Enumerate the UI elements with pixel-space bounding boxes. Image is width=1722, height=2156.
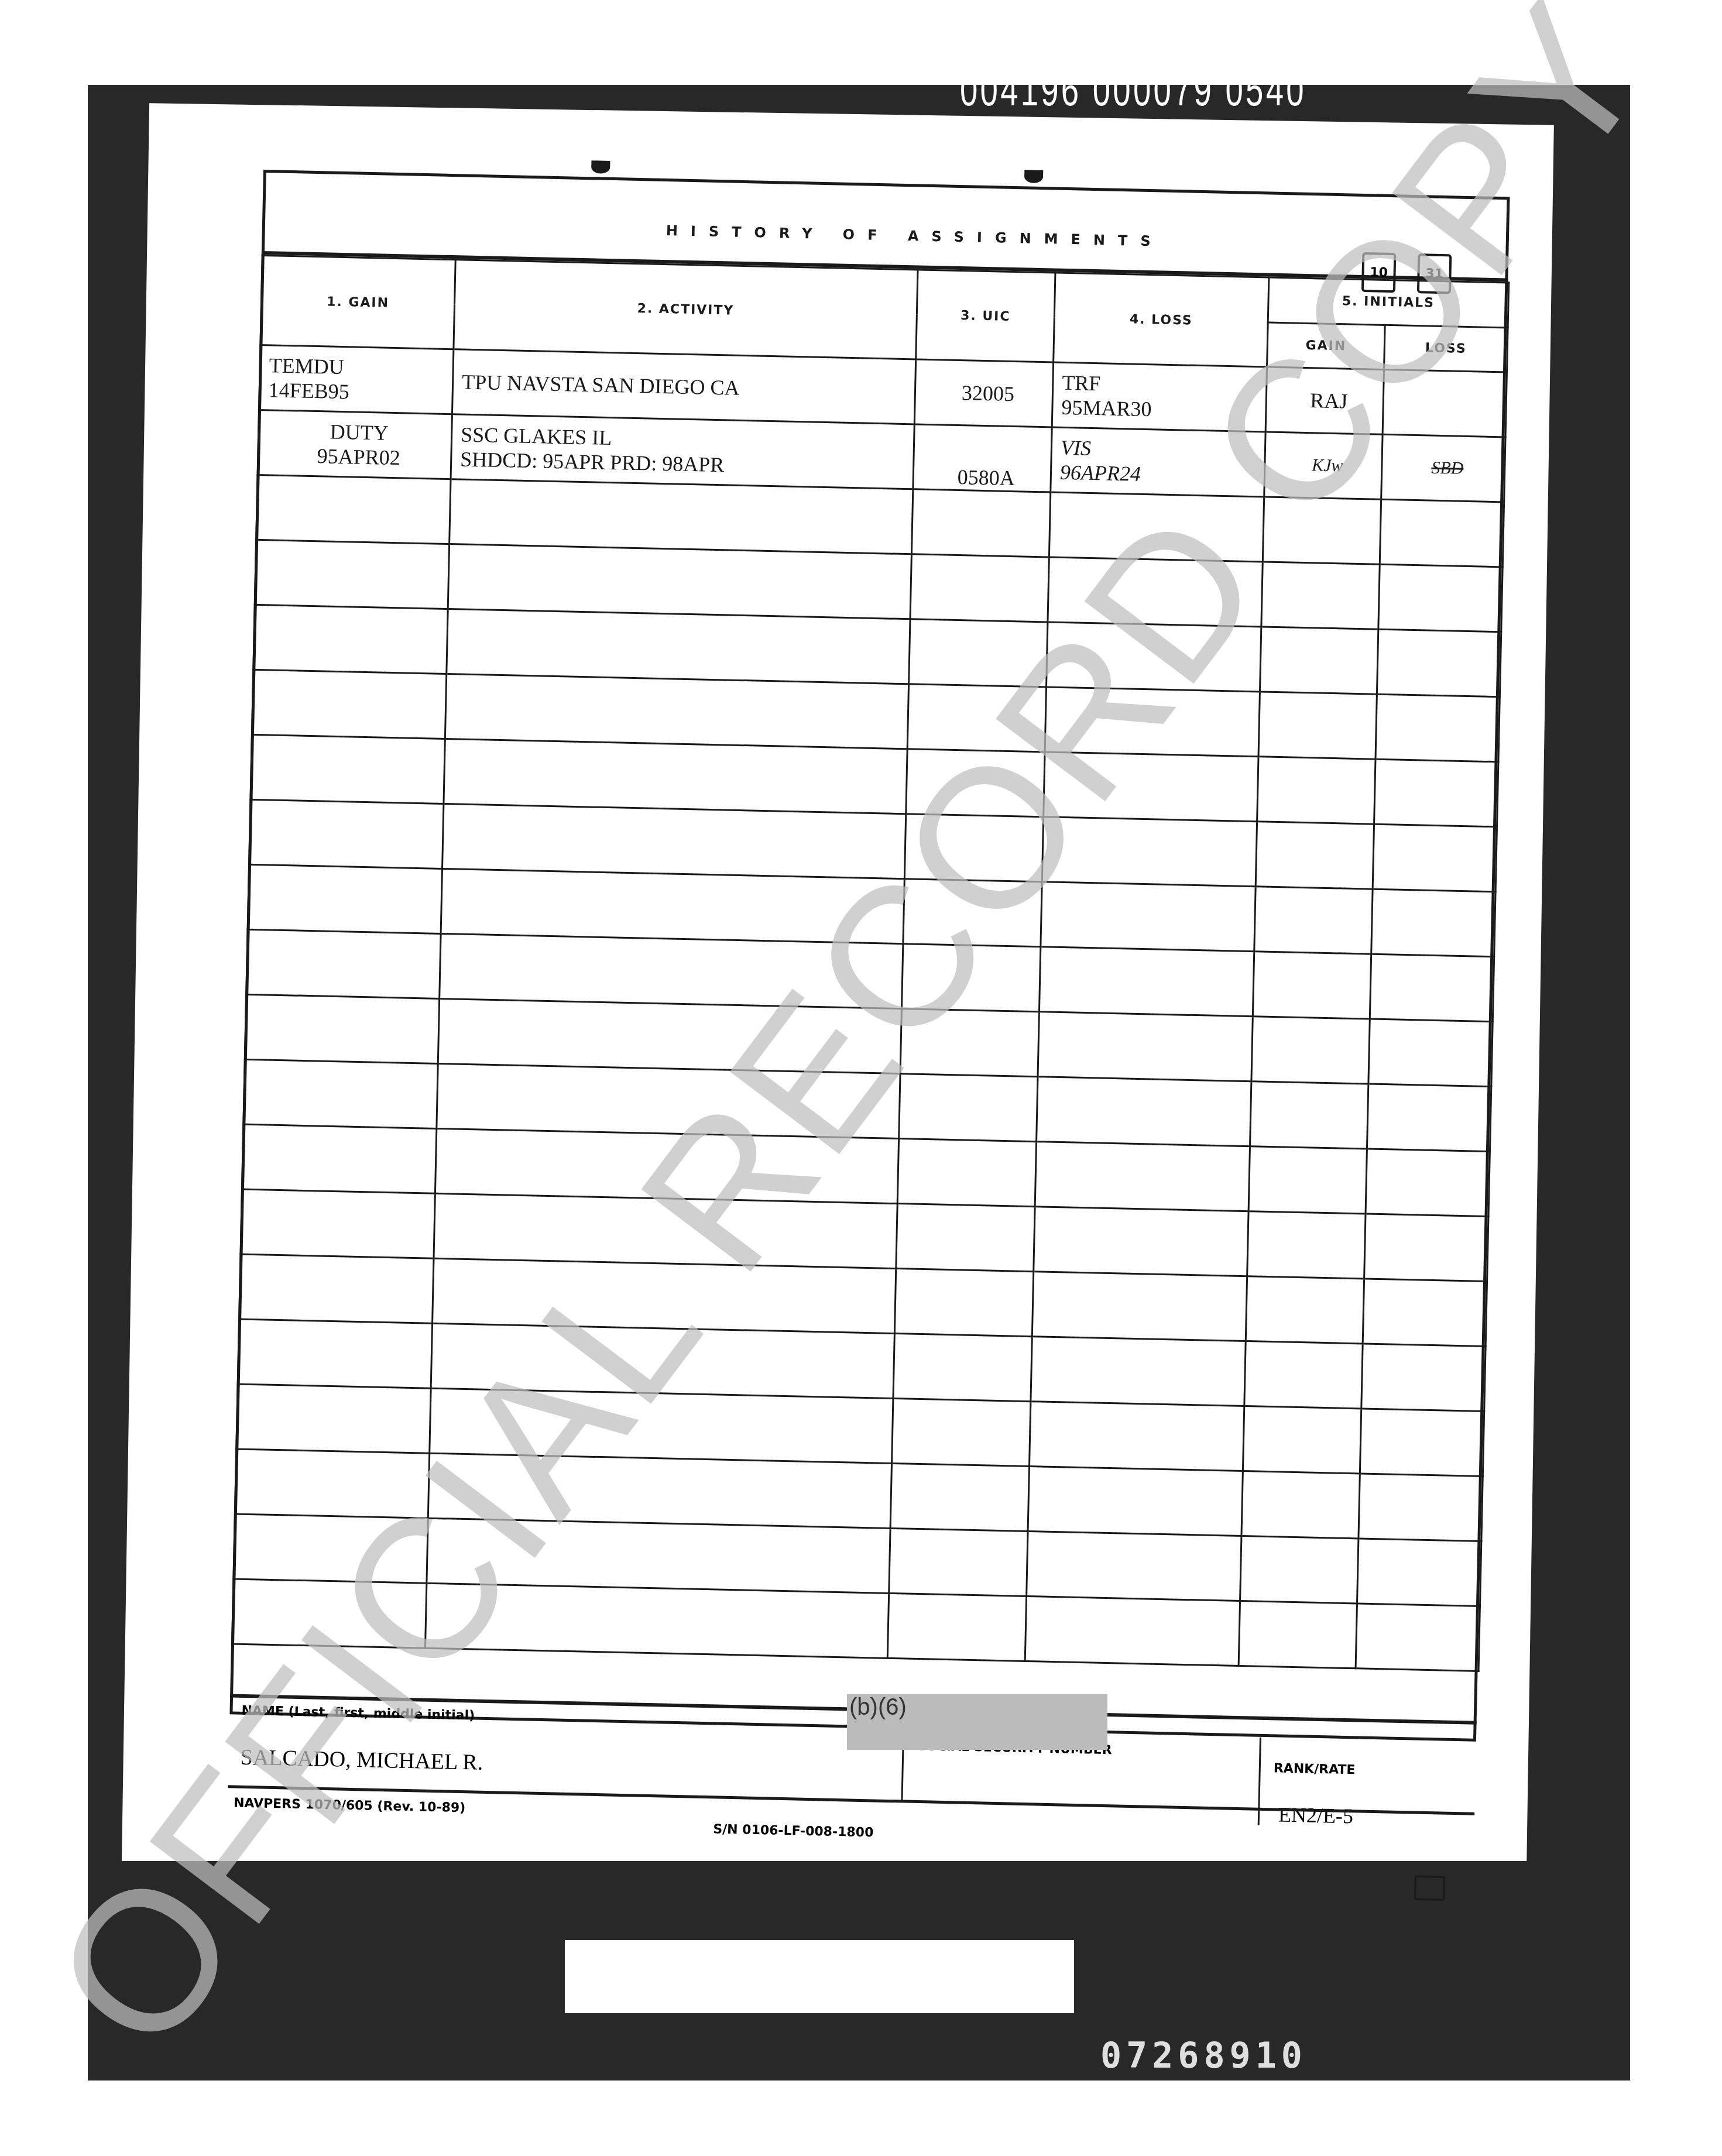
- table-cell-empty: [1253, 952, 1371, 1019]
- cell-uic: 32005: [914, 359, 1053, 427]
- table-cell-empty: [232, 1579, 427, 1648]
- table-cell-empty: [427, 1518, 890, 1593]
- table-cell-empty: [1041, 882, 1256, 952]
- table-cell-empty: [910, 554, 1049, 622]
- table-cell-empty: [236, 1384, 431, 1453]
- table-cell-empty: [435, 1128, 898, 1203]
- table-cell-empty: [897, 1139, 1036, 1207]
- table-cell-empty: [1257, 757, 1375, 824]
- table-cell-empty: [1374, 759, 1498, 827]
- table-cell-empty: [1049, 492, 1264, 562]
- bottom-control-number: 07268910: [1100, 2035, 1307, 2076]
- table-cell-empty: [235, 1449, 429, 1518]
- table-cell-empty: [1373, 824, 1497, 892]
- table-cell-empty: [890, 1463, 1029, 1531]
- checkbox-icon: [1414, 1876, 1445, 1901]
- table-cell-empty: [433, 1258, 896, 1333]
- assignments-table: 1. GAIN 2. ACTIVITY 3. UIC 4. LOSS 5. IN…: [231, 255, 1510, 1672]
- table-cell-empty: [1361, 1344, 1486, 1412]
- table-cell-empty: [450, 479, 913, 554]
- table-cell-empty: [425, 1583, 889, 1658]
- table-cell-empty: [243, 1059, 438, 1128]
- header-initials: 5. INITIALS: [1268, 277, 1509, 327]
- cell-initials-loss: [1383, 369, 1507, 437]
- cell-activity: SSC GLAKES IL SHDCD: 95APR PRD: 98APR: [451, 414, 914, 489]
- table-cell-empty: [1380, 499, 1504, 567]
- top-control-number: 004196 000079 0540: [960, 63, 1306, 116]
- table-cell-empty: [430, 1388, 893, 1463]
- history-of-assignments-form: HISTORY OF ASSIGNMENTS 10 31 1. GAIN 2. …: [229, 170, 1510, 1788]
- cell-uic: 0580A: [913, 424, 1052, 492]
- table-cell-empty: [239, 1254, 434, 1323]
- table-cell-empty: [909, 619, 1048, 687]
- table-cell-empty: [1029, 1402, 1244, 1471]
- table-cell-empty: [1363, 1279, 1487, 1347]
- table-cell-empty: [1254, 887, 1373, 954]
- table-cell-empty: [1378, 564, 1503, 632]
- table-cell-empty: [440, 933, 903, 1008]
- table-cell-empty: [1367, 1084, 1491, 1152]
- table-cell-empty: [238, 1319, 432, 1388]
- form-title: HISTORY OF ASSIGNMENTS: [666, 222, 1164, 250]
- table-cell-empty: [903, 879, 1042, 947]
- table-cell-empty: [448, 544, 911, 619]
- table-cell-empty: [889, 1528, 1028, 1596]
- table-cell-empty: [245, 994, 439, 1063]
- table-cell-empty: [1047, 622, 1261, 692]
- table-cell-empty: [892, 1398, 1031, 1466]
- table-cell-empty: [253, 605, 448, 674]
- table-cell-empty: [1260, 627, 1378, 694]
- table-cell-empty: [441, 868, 904, 943]
- table-cell-empty: [1243, 1406, 1361, 1474]
- cell-activity: TPU NAVSTA SAN DIEGO CA: [452, 349, 915, 424]
- table-cell-empty: [1258, 692, 1377, 759]
- table-cell-empty: [1048, 557, 1263, 627]
- table-cell-empty: [1368, 1019, 1493, 1087]
- cell-initials-gain: RAJ: [1265, 367, 1384, 434]
- table-cell-empty: [255, 540, 449, 609]
- table-cell-empty: [234, 1514, 428, 1583]
- name-label: NAME (Last, first, middle initial): [241, 1704, 475, 1724]
- cell-loss: VIS 96APR24: [1051, 427, 1265, 497]
- table-cell-empty: [1028, 1467, 1243, 1536]
- table-cell-empty: [242, 1124, 436, 1193]
- table-cell-empty: [1246, 1276, 1364, 1344]
- table-cell-empty: [906, 749, 1045, 817]
- table-cell-empty: [1248, 1146, 1367, 1214]
- ssn-redaction: (b)(6): [847, 1694, 1107, 1750]
- header-initials-loss: LOSS: [1384, 325, 1508, 372]
- table-cell-empty: [1256, 822, 1374, 889]
- header-loss: 4. LOSS: [1054, 273, 1269, 367]
- header-initials-gain: GAIN: [1267, 322, 1385, 370]
- table-cell-empty: [1044, 752, 1258, 822]
- header-uic: 3. UIC: [916, 270, 1055, 362]
- rank-value: EN2/E-5: [1278, 1803, 1354, 1829]
- rank-label: RANK/RATE: [1274, 1761, 1356, 1777]
- table-cell-empty: [438, 998, 901, 1073]
- table-cell-empty: [1261, 562, 1380, 629]
- table-cell-empty: [1045, 687, 1260, 757]
- table-cell-empty: [1241, 1471, 1360, 1539]
- table-cell-empty: [911, 489, 1050, 557]
- table-cell-empty: [428, 1453, 891, 1528]
- cell-gain: TEMDU 14FEB95: [259, 345, 454, 414]
- table-cell-empty: [444, 739, 907, 814]
- table-cell-empty: [901, 944, 1040, 1012]
- table-cell-empty: [1360, 1409, 1484, 1477]
- table-cell-empty: [447, 609, 910, 684]
- table-cell-empty: [434, 1193, 897, 1268]
- header-activity: 2. ACTIVITY: [454, 260, 918, 359]
- cell-gain: DUTY 95APR02: [258, 410, 452, 479]
- blank-rows: [232, 475, 1504, 1671]
- table-cell-empty: [1247, 1211, 1366, 1279]
- table-cell-empty: [1038, 1012, 1253, 1082]
- table-cell-empty: [1034, 1207, 1248, 1276]
- table-cell-empty: [1357, 1539, 1481, 1606]
- table-cell-empty: [1375, 694, 1500, 762]
- table-cell-empty: [899, 1074, 1038, 1142]
- table-cell-empty: [1027, 1532, 1241, 1601]
- table-cell-empty: [1244, 1341, 1363, 1409]
- table-cell-empty: [248, 864, 442, 933]
- table-cell-empty: [1370, 954, 1494, 1022]
- table-cell-empty: [1366, 1149, 1490, 1217]
- table-cell-empty: [1364, 1214, 1488, 1282]
- cell-loss: TRF 95MAR30: [1052, 362, 1267, 432]
- bottom-gap: [565, 1940, 1074, 2013]
- table-cell-empty: [252, 670, 446, 739]
- table-cell-empty: [445, 674, 908, 749]
- table-cell-empty: [894, 1269, 1033, 1337]
- table-cell-empty: [1250, 1082, 1368, 1149]
- table-cell-empty: [1031, 1337, 1246, 1406]
- table-cell-empty: [1239, 1601, 1357, 1668]
- table-cell-empty: [249, 799, 444, 868]
- table-cell-empty: [907, 684, 1046, 752]
- table-cell-empty: [251, 734, 445, 804]
- table-cell-empty: [904, 814, 1043, 882]
- table-cell-empty: [1035, 1142, 1250, 1211]
- table-cell-empty: [246, 929, 441, 998]
- table-cell-empty: [1263, 497, 1381, 564]
- name-value: SALCADO, MICHAEL R.: [240, 1745, 483, 1776]
- table-cell-empty: [1025, 1597, 1240, 1666]
- table-cell-empty: [1371, 889, 1495, 957]
- table-cell-empty: [1042, 817, 1257, 887]
- table-cell-empty: [887, 1593, 1026, 1661]
- header-gain: 1. GAIN: [260, 255, 455, 349]
- table-cell-empty: [256, 475, 451, 544]
- table-cell-empty: [900, 1009, 1039, 1077]
- table-cell-empty: [431, 1323, 894, 1398]
- table-cell-empty: [1039, 947, 1254, 1017]
- table-cell-empty: [437, 1063, 900, 1138]
- table-cell-empty: [1377, 629, 1501, 697]
- signature-initials-loss: SBD: [1381, 434, 1505, 502]
- table-cell-empty: [1251, 1017, 1370, 1084]
- table-cell-empty: [1032, 1272, 1247, 1341]
- signature-initials-gain: KJw: [1264, 432, 1383, 499]
- table-cell-empty: [241, 1189, 435, 1258]
- table-cell-empty: [896, 1204, 1035, 1272]
- table-cell-empty: [1037, 1077, 1251, 1146]
- table-cell-empty: [1356, 1604, 1480, 1671]
- table-cell-empty: [893, 1333, 1032, 1401]
- table-cell-empty: [1359, 1474, 1483, 1542]
- table-cell-empty: [442, 804, 906, 878]
- table-cell-empty: [1240, 1536, 1359, 1604]
